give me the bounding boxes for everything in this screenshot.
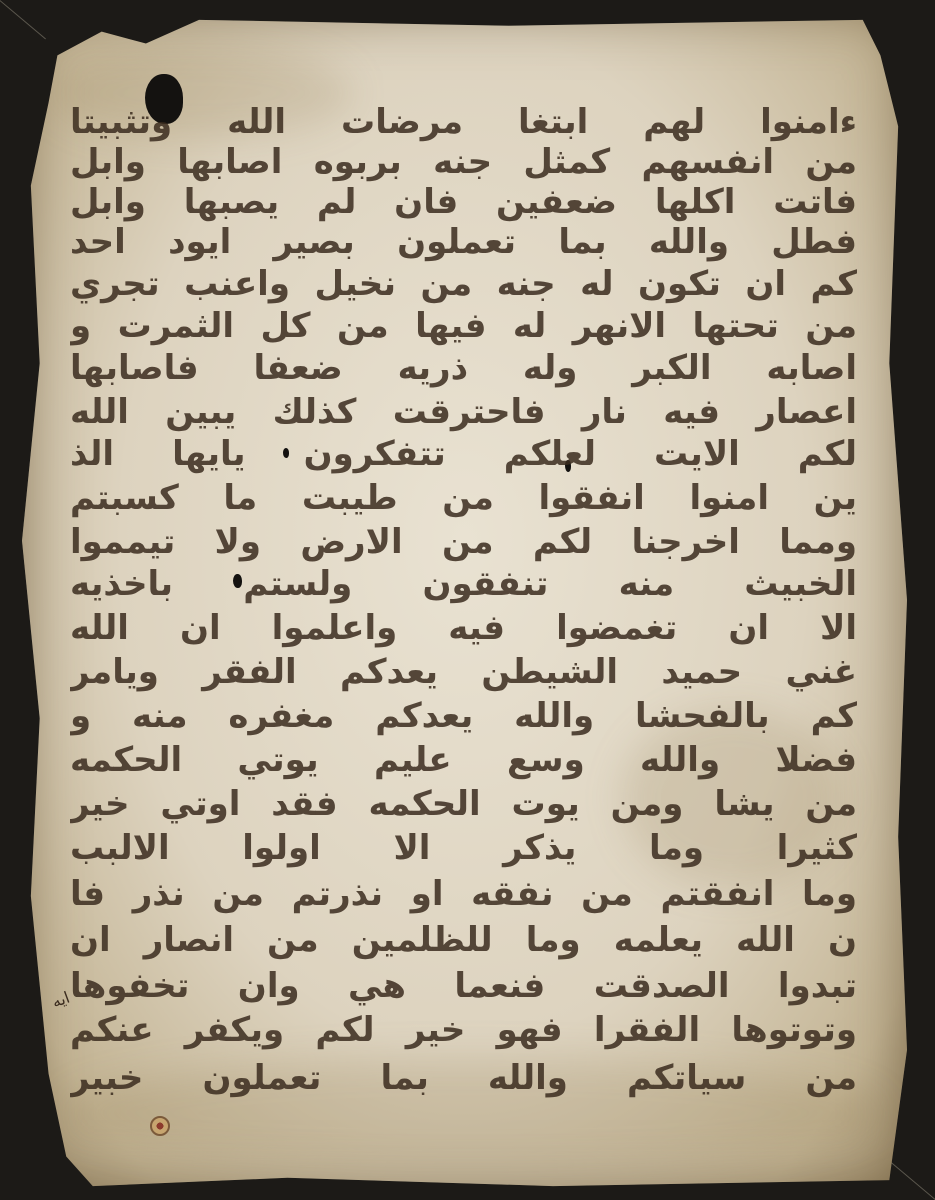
text-line: ءامنوا لهم ابتغا مرضات الله وتثبيتا xyxy=(70,100,857,144)
text-line: اعصار فيه نار فاحترقت كذلك يبين الله xyxy=(70,390,857,434)
frame-diagonal-bottom-right xyxy=(889,1161,935,1200)
text-line: كم ان تكون له جنه من نخيل واعنب تجري xyxy=(70,262,857,306)
text-line: فضلا والله وسع عليم يوتي الحكمه xyxy=(70,738,857,782)
text-line: ن الله يعلمه وما للظلمين من انصار ان xyxy=(70,918,857,962)
verse-rosette-icon xyxy=(150,1116,170,1136)
text-line: لكم الايت لعلكم تتفكرون يايها الذ xyxy=(70,432,857,476)
text-line: اصابه الكبر وله ذريه ضعفا فاصابها xyxy=(70,346,857,390)
text-line: من سياتكم والله بما تعملون خبير xyxy=(70,1056,857,1100)
text-line: كم بالفحشا والله يعدكم مغفره منه و xyxy=(70,694,857,738)
text-line: من انفسهم كمثل جنه بربوه اصابها وابل xyxy=(70,140,857,184)
text-line: الخبيث منه تنفقون ولستم باخذيه xyxy=(70,562,857,606)
text-line: كثيرا وما يذكر الا اولوا الالبب xyxy=(70,826,857,870)
text-line: ومما اخرجنا لكم من الارض ولا تيمموا xyxy=(70,520,857,564)
text-line: فاتت اكلها ضعفين فان لم يصبها وابل xyxy=(70,180,857,224)
text-line: ين امنوا انفقوا من طيبت ما كسبتم xyxy=(70,476,857,520)
text-line: غني حميد الشيطن يعدكم الفقر ويامر xyxy=(70,650,857,694)
text-line: وما انفقتم من نفقه او نذرتم من نذر فا xyxy=(70,872,857,916)
text-line: وتوتوها الفقرا فهو خير لكم ويكفر عنكم xyxy=(70,1008,857,1052)
frame-diagonal-top-left xyxy=(0,0,46,39)
text-line: الا ان تغمضوا فيه واعلموا ان الله xyxy=(70,606,857,650)
text-line: فطل والله بما تعملون بصير ايود احد xyxy=(70,220,857,264)
text-line: تبدوا الصدقت فنعما هي وان تخفوها xyxy=(70,964,857,1008)
text-line: من تحتها الانهر له فيها من كل الثمرت و xyxy=(70,304,857,348)
text-line: من يشا ومن يوت الحكمه فقد اوتي خير xyxy=(70,782,857,826)
